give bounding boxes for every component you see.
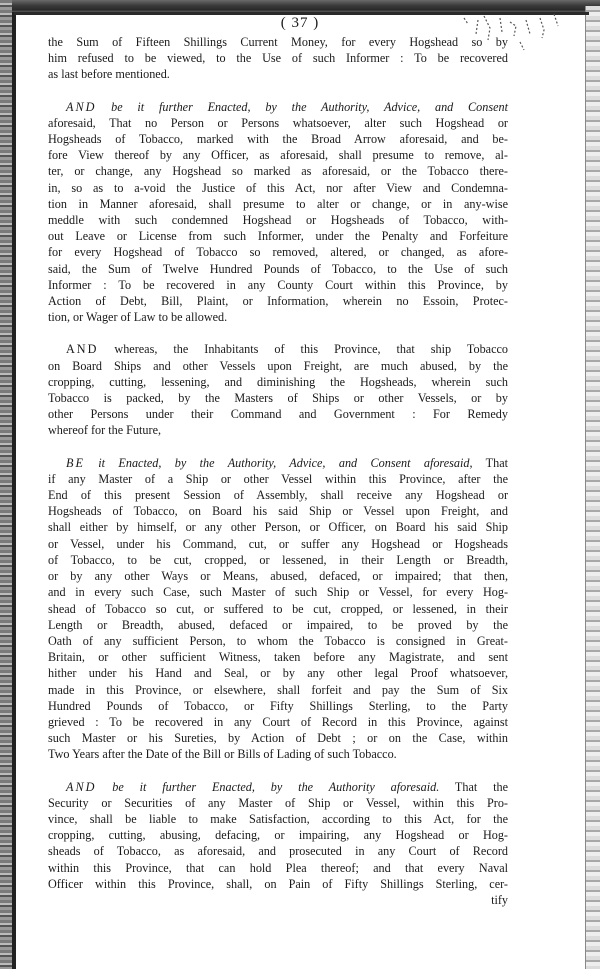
text-line: aforesaid, That no Person or Persons wha… <box>48 115 508 131</box>
text-line: hither under his Hand and Seal, or by an… <box>48 665 508 681</box>
paragraph-continuation: the Sum of Fifteen Shillings Current Mon… <box>48 34 508 83</box>
text-line: Action of Debt, Bill, Plaint, or Informa… <box>48 293 508 309</box>
lead-caps: AND <box>66 100 96 114</box>
text-line: on Board Ships and other Vessels upon Fr… <box>48 358 508 374</box>
text-line: or Vessel, under his Command, cut, or su… <box>48 536 508 552</box>
text-line: Informer : To be recovered in any County… <box>48 277 508 293</box>
text-line: of Tobacco, to be cut, cropped, or lesse… <box>48 552 508 568</box>
text-line: vince, shall be liable to make Satisfact… <box>48 811 508 827</box>
text-line: for every Hogshead of Tobacco so removed… <box>48 244 508 260</box>
text-line: meddle with such condemned Hogshead or H… <box>48 212 508 228</box>
text-line: sheads of Tobacco, as aforesaid, and pro… <box>48 843 508 859</box>
text-line: him refused to be viewed, to the Use of … <box>48 50 508 66</box>
text-line: Officer within this Province, shall, on … <box>48 876 508 892</box>
scan-border-right <box>585 6 600 969</box>
text-line: Britain, or other sufficient Witness, ta… <box>48 649 508 665</box>
text-line: Hogsheads of Tobacco, marked with the Br… <box>48 131 508 147</box>
text-line: made in this Province, or elsewhere, sha… <box>48 682 508 698</box>
text-line: Hogsheads of Tobacco, on Board his said … <box>48 503 508 519</box>
text-line: Hundred Pounds of Tobacco, or Fifty Shil… <box>48 698 508 714</box>
lead-italic: be it further Enacted, by the Authority … <box>96 780 439 794</box>
paragraph-whereas: AND whereas, the Inhabitants of this Pro… <box>48 341 508 438</box>
text-line: End of this present Session of Assembly,… <box>48 487 508 503</box>
lead-tail: That <box>473 456 509 470</box>
catchword: tify <box>48 892 508 908</box>
text-line: the Sum of Fifteen Shillings Current Mon… <box>48 34 508 50</box>
paragraph-lead-line: AND be it further Enacted, by the Author… <box>48 99 508 115</box>
text-line: said, the Sum of Twelve Hundred Pounds o… <box>48 261 508 277</box>
text-line: tion in Manner aforesaid, shall presume … <box>48 196 508 212</box>
paragraph-lead-line: BE it Enacted, by the Authority, Advice,… <box>48 455 508 471</box>
text-line: in, so as to a-void the Justice of this … <box>48 180 508 196</box>
page-edge-left <box>12 12 16 969</box>
text-line: out Leave or License from such Informer,… <box>48 228 508 244</box>
lead-tail: That the <box>439 780 508 794</box>
text-line: as last before mentioned. <box>48 66 508 82</box>
document-body: the Sum of Fifteen Shillings Current Mon… <box>48 34 508 924</box>
text-line: Length or Breadth, abused, defaced or im… <box>48 617 508 633</box>
text-line: Two Years after the Date of the Bill or … <box>48 746 508 762</box>
paragraph-enactment-alteration: AND be it further Enacted, by the Author… <box>48 99 508 326</box>
paragraph-enactment-masters: BE it Enacted, by the Authority, Advice,… <box>48 455 508 763</box>
lead-caps: AND <box>66 342 98 356</box>
text-line: or by any other Ways or Means, abused, d… <box>48 568 508 584</box>
text-line: shall either by himself, or any other Pe… <box>48 519 508 535</box>
text-line: cropping, cutting, abusing, defacing, or… <box>48 827 508 843</box>
paragraph-lead-line: AND be it further Enacted, by the Author… <box>48 779 508 795</box>
paragraph-enactment-securities: AND be it further Enacted, by the Author… <box>48 779 508 909</box>
scan-border-left <box>0 0 12 969</box>
text-line: Oath of any sufficient Person, to whom t… <box>48 633 508 649</box>
text-line: Security or Securities of any Master of … <box>48 795 508 811</box>
text-line: cropping, cutting, lessening, and dimini… <box>48 374 508 390</box>
text-line: and in every such Case, such Master of s… <box>48 584 508 600</box>
text-line: such Master or his Sureties, by Action o… <box>48 730 508 746</box>
lead-italic: it Enacted, by the Authority, Advice, an… <box>85 456 473 470</box>
paragraph-lead-line: AND whereas, the Inhabitants of this Pro… <box>48 341 508 357</box>
text-line: shead of Tobacco so cut, or suffered to … <box>48 601 508 617</box>
lead-caps: BE <box>66 456 85 470</box>
text-line: ter, or change, any Hogshead so marked a… <box>48 163 508 179</box>
text-line: whereof for the Future, <box>48 422 508 438</box>
text-line: grieved : To be recovered in any Court o… <box>48 714 508 730</box>
text-line: if any Master of a Ship or other Vessel … <box>48 471 508 487</box>
lead-text: whereas, the Inhabitants of this Provinc… <box>98 342 508 356</box>
text-line: fore View thereof by any Officer, as afo… <box>48 147 508 163</box>
text-line: tion, or Wager of Law to be allowed. <box>48 309 508 325</box>
lead-italic: be it further Enacted, by the Authority,… <box>96 100 508 114</box>
text-line: Tobacco is packed, by the Masters of Shi… <box>48 390 508 406</box>
text-line: within this Province, that can hold Plea… <box>48 860 508 876</box>
page-number: ( 37 ) <box>0 15 600 32</box>
lead-caps: AND <box>66 780 96 794</box>
text-line: other Persons under their Command and Go… <box>48 406 508 422</box>
